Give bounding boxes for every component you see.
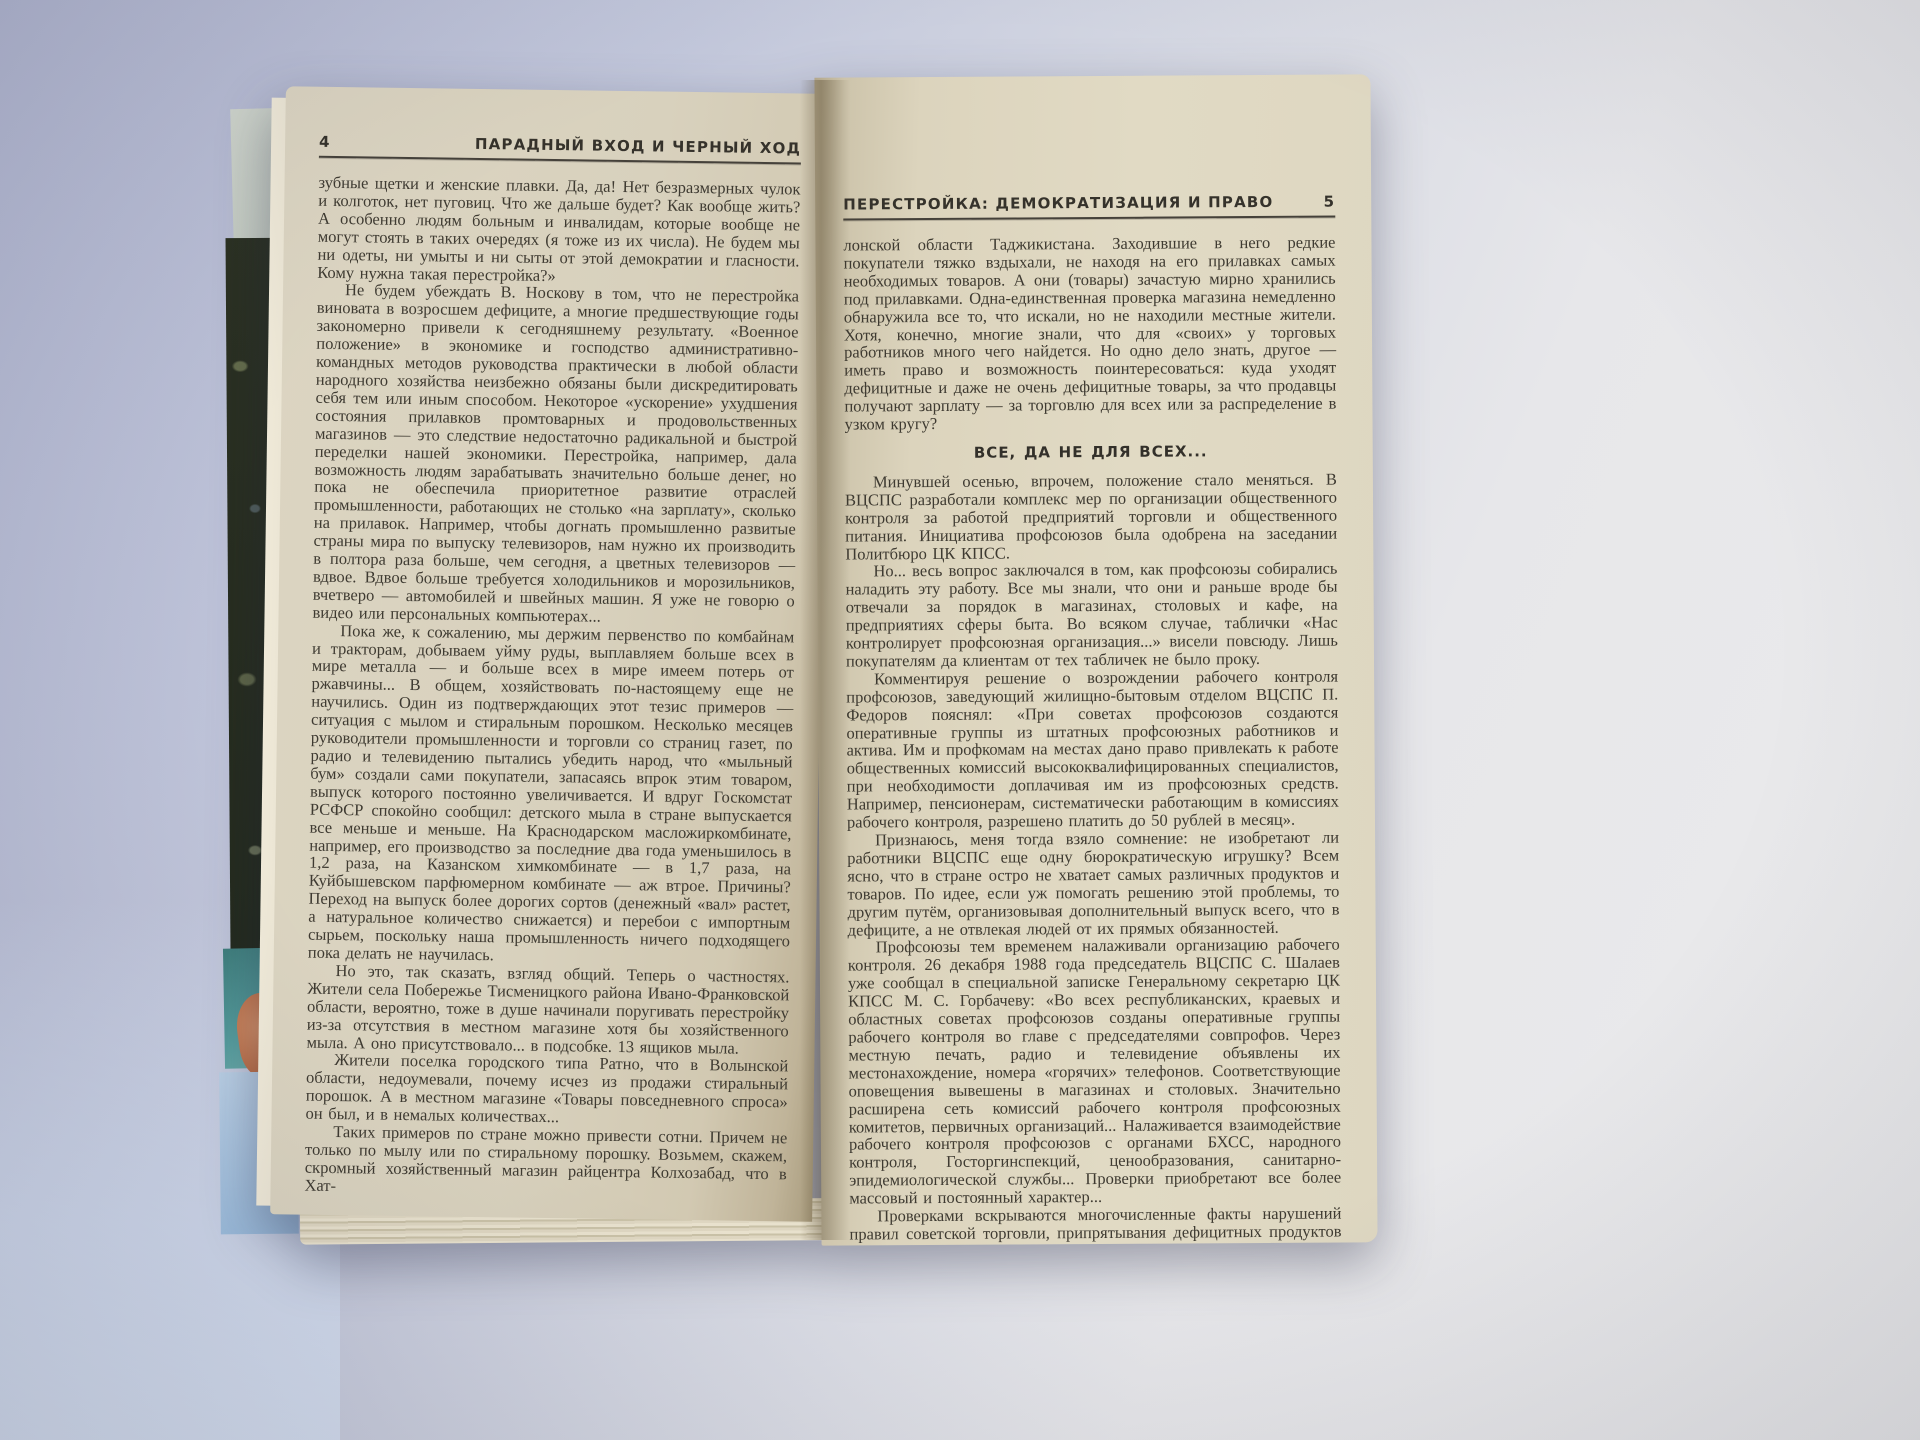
open-book: 4 ПАРАДНЫЙ ВХОД И ЧЕРНЫЙ ХОД зубные щетк… [240, 40, 1400, 1250]
paragraph: лонской области Таджикистана. Заходившие… [843, 234, 1336, 434]
paragraph: Пока же, к сожалению, мы держим первенст… [308, 621, 795, 968]
left-page-body: зубные щетки и женские плавки. Да, да! Н… [304, 174, 800, 1201]
paragraph: Но... весь вопрос заключался в том, как … [845, 560, 1338, 670]
desk-background: 4 ПАРАДНЫЙ ВХОД И ЧЕРНЫЙ ХОД зубные щетк… [0, 0, 1920, 1440]
paragraph: Комментируя решение о возрождении рабоче… [846, 667, 1339, 831]
left-page-header: 4 ПАРАДНЫЙ ВХОД И ЧЕРНЫЙ ХОД [319, 133, 801, 158]
right-page-body: лонской области Таджикистана. Заходившие… [843, 234, 1341, 1246]
left-page-number: 4 [319, 133, 331, 151]
right-page-header: ПЕРЕСТРОЙКА: ДЕМОКРАТИЗАЦИЯ И ПРАВО 5 [843, 193, 1335, 214]
right-header-rule [843, 216, 1335, 221]
paragraph: зубные щетки и женские плавки. Да, да! Н… [317, 174, 800, 288]
left-header-rule [319, 156, 801, 165]
paragraph: Не будем убеждать В. Носкову в том, что … [312, 281, 799, 628]
right-page: ПЕРЕСТРОЙКА: ДЕМОКРАТИЗАЦИЯ И ПРАВО 5 ло… [814, 74, 1377, 1245]
section-heading: ВСЕ, ДА НЕ ДЛЯ ВСЕХ... [845, 442, 1337, 463]
paragraph: Жители поселка городского типа Ратно, чт… [305, 1051, 788, 1129]
paragraph: Минувшей осенью, впрочем, положение стал… [845, 470, 1338, 563]
paragraph: Проверками вскрываются многочисленные фа… [849, 1205, 1341, 1246]
paragraph: Таких примеров по стране можно привести … [304, 1123, 787, 1201]
paragraph: Но это, так сказать, взгляд общий. Тепер… [306, 962, 789, 1058]
right-page-number: 5 [1324, 193, 1336, 211]
left-running-head: ПАРАДНЫЙ ВХОД И ЧЕРНЫЙ ХОД [475, 135, 801, 158]
paragraph: Профсоюзы тем временем налаживали органи… [848, 936, 1342, 1208]
right-running-head: ПЕРЕСТРОЙКА: ДЕМОКРАТИЗАЦИЯ И ПРАВО [843, 193, 1273, 214]
paragraph: Признаюсь, меня тогда взяло сомнение: не… [847, 829, 1340, 939]
left-page: 4 ПАРАДНЫЙ ВХОД И ЧЕРНЫЙ ХОД зубные щетк… [270, 86, 828, 1221]
